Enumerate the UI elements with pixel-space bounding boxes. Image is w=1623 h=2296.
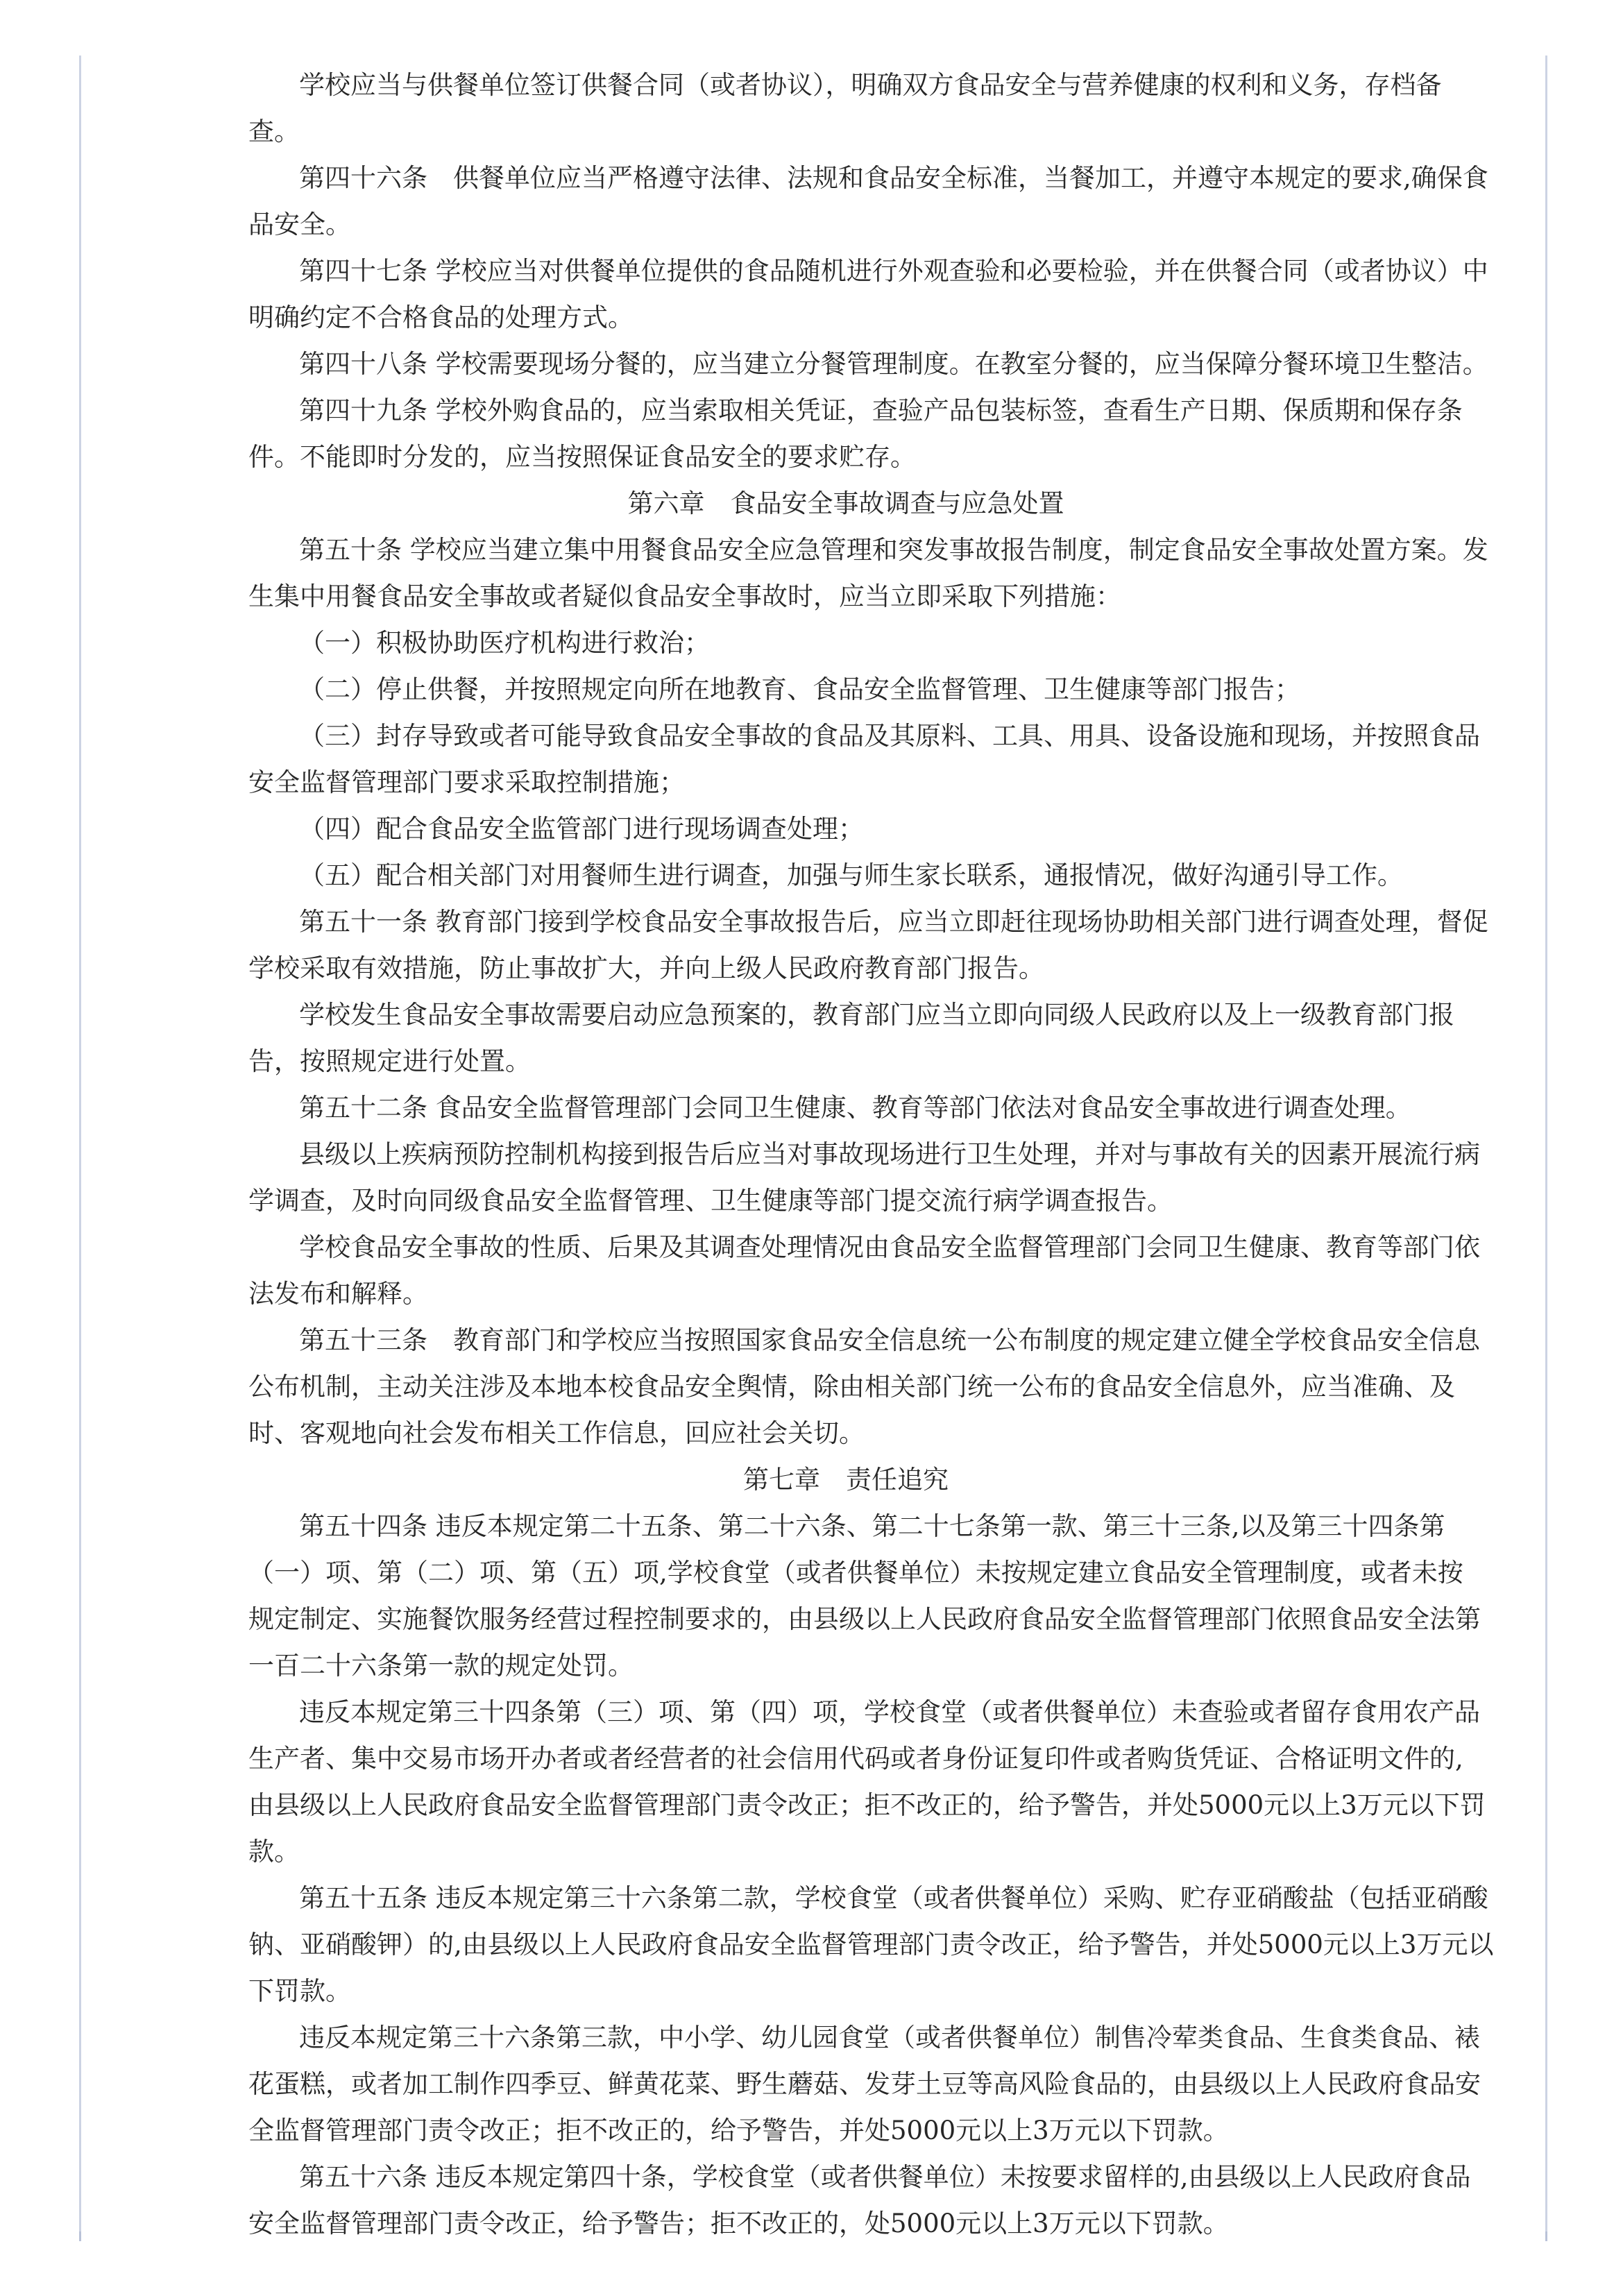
text-line: 查。 [248, 108, 1443, 155]
text-line: 一百二十六条第一款的规定处罚。 [248, 1642, 1443, 1689]
text-line: 第四十八条 学校需要现场分餐的，应当建立分餐管理制度。在教室分餐的，应当保障分餐… [248, 341, 1443, 387]
text-line: 公布机制，主动关注涉及本地本校食品安全舆情，除由相关部门统一公布的食品安全信息外… [248, 1363, 1443, 1410]
text-line: （一）项、第（二）项、第（五）项,学校食堂（或者供餐单位）未按规定建立食品安全管… [248, 1549, 1443, 1596]
text-line: （一）积极协助医疗机构进行救治； [248, 620, 1443, 666]
text-line: 钠、亚硝酸钾）的,由县级以上人民政府食品安全监督管理部门责令改正，给予警告，并处… [248, 1921, 1443, 1968]
text-line: 第五十二条 食品安全监督管理部门会同卫生健康、教育等部门依法对食品安全事故进行调… [248, 1085, 1443, 1131]
text-line: 第五十六条 违反本规定第四十条，学校食堂（或者供餐单位）未按要求留样的,由县级以… [248, 2154, 1443, 2200]
page-left-border [79, 56, 81, 2241]
chapter-heading: 第七章 责任追究 [248, 1456, 1443, 1503]
page-right-border [1545, 56, 1547, 2241]
text-line: 规定制定、实施餐饮服务经营过程控制要求的，由县级以上人民政府食品安全监督管理部门… [248, 1596, 1443, 1642]
text-line: 学校采取有效措施，防止事故扩大，并向上级人民政府教育部门报告。 [248, 945, 1443, 992]
text-line: 县级以上疾病预防控制机构接到报告后应当对事故现场进行卫生处理，并对与事故有关的因… [248, 1131, 1443, 1177]
text-line: （二）停止供餐，并按照规定向所在地教育、食品安全监督管理、卫生健康等部门报告； [248, 666, 1443, 713]
document-text: 学校应当与供餐单位签订供餐合同（或者协议），明确双方食品安全与营养健康的权利和义… [248, 62, 1443, 2247]
text-line: 安全监督管理部门责令改正，给予警告；拒不改正的，处5000元以上3万元以下罚款。 [248, 2200, 1443, 2247]
text-line: （三）封存导致或者可能导致食品安全事故的食品及其原料、工具、用具、设备设施和现场… [248, 713, 1443, 759]
text-line: 花蛋糕，或者加工制作四季豆、鲜黄花菜、野生蘑菇、发芽土豆等高风险食品的，由县级以… [248, 2061, 1443, 2107]
text-line: 下罚款。 [248, 1968, 1443, 2014]
text-line: 学校发生食品安全事故需要启动应急预案的，教育部门应当立即向同级人民政府以及上一级… [248, 992, 1443, 1038]
text-line: 时、客观地向社会发布相关工作信息，回应社会关切。 [248, 1410, 1443, 1456]
text-line: 明确约定不合格食品的处理方式。 [248, 294, 1443, 341]
text-line: 品安全。 [248, 201, 1443, 248]
text-line: （四）配合食品安全监管部门进行现场调查处理； [248, 806, 1443, 852]
text-line: 生产者、集中交易市场开办者或者经营者的社会信用代码或者身份证复印件或者购货凭证、… [248, 1735, 1443, 1782]
text-line: 学校食品安全事故的性质、后果及其调查处理情况由食品安全监督管理部门会同卫生健康、… [248, 1224, 1443, 1270]
text-line: 第四十六条 供餐单位应当严格遵守法律、法规和食品安全标准，当餐加工，并遵守本规定… [248, 155, 1443, 201]
text-line: 第五十条 学校应当建立集中用餐食品安全应急管理和突发事故报告制度，制定食品安全事… [248, 527, 1443, 573]
text-line: 第四十七条 学校应当对供餐单位提供的食品随机进行外观查验和必要检验，并在供餐合同… [248, 248, 1443, 294]
text-line: 第四十九条 学校外购食品的，应当索取相关凭证，查验产品包装标签，查看生产日期、保… [248, 387, 1443, 434]
text-line: 生集中用餐食品安全事故或者疑似食品安全事故时，应当立即采取下列措施： [248, 573, 1443, 620]
text-line: 违反本规定第三十六条第三款，中小学、幼儿园食堂（或者供餐单位）制售冷荤类食品、生… [248, 2014, 1443, 2061]
text-line: （五）配合相关部门对用餐师生进行调查，加强与师生家长联系，通报情况，做好沟通引导… [248, 852, 1443, 899]
text-line: 由县级以上人民政府食品安全监督管理部门责令改正；拒不改正的，给予警告，并处500… [248, 1782, 1443, 1828]
text-line: 件。不能即时分发的，应当按照保证食品安全的要求贮存。 [248, 434, 1443, 480]
text-line: 法发布和解释。 [248, 1270, 1443, 1317]
text-line: 第五十三条 教育部门和学校应当按照国家食品安全信息统一公布制度的规定建立健全学校… [248, 1317, 1443, 1363]
chapter-heading: 第六章 食品安全事故调查与应急处置 [248, 480, 1443, 527]
text-line: 学校应当与供餐单位签订供餐合同（或者协议），明确双方食品安全与营养健康的权利和义… [248, 62, 1443, 108]
text-line: 第五十一条 教育部门接到学校食品安全事故报告后，应当立即赶往现场协助相关部门进行… [248, 899, 1443, 945]
text-line: 告，按照规定进行处置。 [248, 1038, 1443, 1085]
text-line: 款。 [248, 1828, 1443, 1875]
text-line: 第五十四条 违反本规定第二十五条、第二十六条、第二十七条第一款、第三十三条,以及… [248, 1503, 1443, 1549]
text-line: 违反本规定第三十四条第（三）项、第（四）项，学校食堂（或者供餐单位）未查验或者留… [248, 1689, 1443, 1735]
text-line: 第五十五条 违反本规定第三十六条第二款，学校食堂（或者供餐单位）采购、贮存亚硝酸… [248, 1875, 1443, 1921]
text-line: 安全监督管理部门要求采取控制措施； [248, 759, 1443, 806]
document-page: 学校应当与供餐单位签订供餐合同（或者协议），明确双方食品安全与营养健康的权利和义… [0, 0, 1623, 2296]
text-line: 全监督管理部门责令改正；拒不改正的，给予警告，并处5000元以上3万元以下罚款。 [248, 2107, 1443, 2154]
text-line: 学调查，及时向同级食品安全监督管理、卫生健康等部门提交流行病学调查报告。 [248, 1177, 1443, 1224]
